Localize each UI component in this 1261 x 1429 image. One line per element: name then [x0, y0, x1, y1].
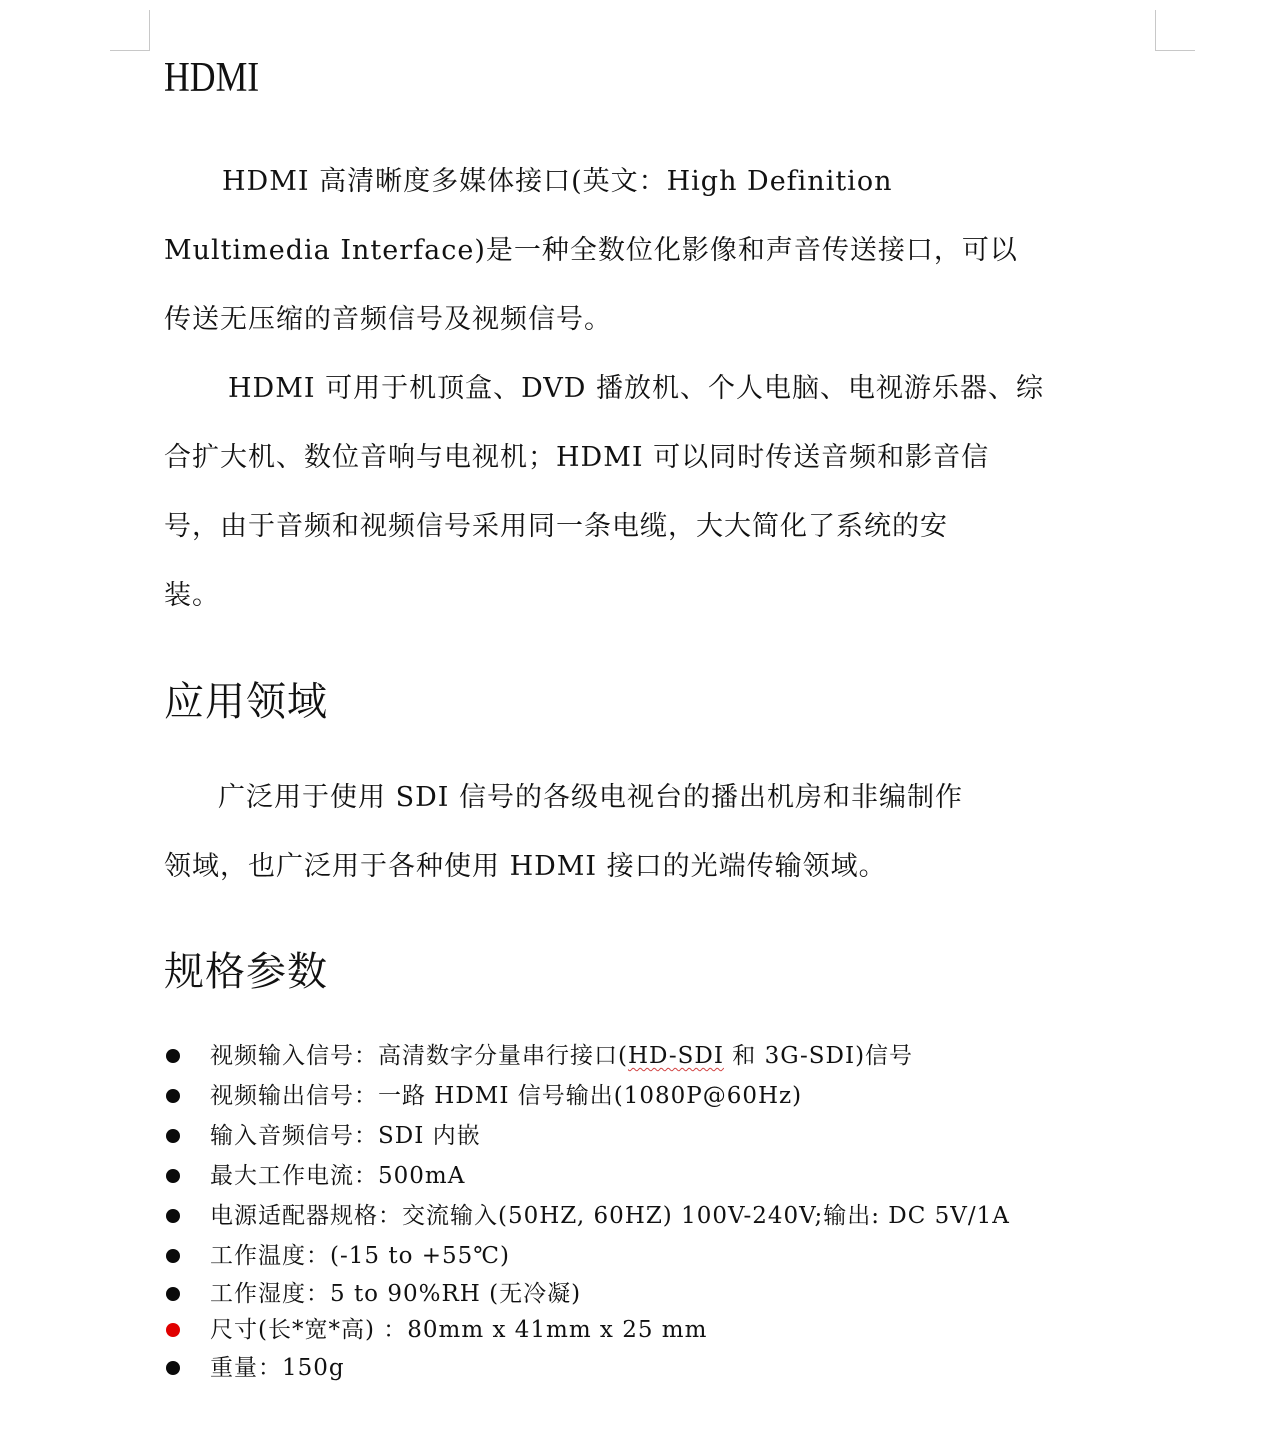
bullet-icon — [166, 1361, 180, 1375]
spec-text: 尺寸(长*宽*高) ：80mm x 41mm x 25 mm — [210, 1317, 707, 1343]
spec-text: 工作温度：(-15 to +55℃) — [210, 1243, 510, 1269]
intro-paragraph-2[interactable]: HDMI 可用于机顶盒、DVD 播放机、个人电脑、电视游乐器、综 合扩大机、数位… — [164, 354, 1079, 630]
section-heading-specs: 规格参数 — [164, 940, 328, 997]
text-line: 合扩大机、数位音响与电视机；HDMI 可以同时传送音频和影音信 — [164, 423, 1079, 492]
spec-item-temperature[interactable]: 工作温度：(-15 to +55℃) — [164, 1236, 1010, 1276]
bullet-icon — [166, 1169, 180, 1183]
text-line: 领域，也广泛用于各种使用 HDMI 接口的光端传输领域。 — [164, 832, 1079, 901]
spec-item-humidity[interactable]: 工作湿度：5 to 90%RH (无冷凝) — [164, 1276, 1010, 1312]
text-line: HDMI 高清晰度多媒体接口(英文：High Definition — [164, 147, 1079, 216]
spec-text: 重量：150g — [210, 1355, 345, 1381]
spec-item-video-input[interactable]: 视频输入信号：高清数字分量串行接口(HD-SDI 和 3G-SDI)信号 — [164, 1036, 1010, 1076]
spec-item-max-current[interactable]: 最大工作电流：500mA — [164, 1156, 1010, 1196]
spec-text: 工作湿度：5 to 90%RH (无冷凝) — [210, 1281, 581, 1307]
text-line: HDMI 可用于机顶盒、DVD 播放机、个人电脑、电视游乐器、综 — [164, 354, 1079, 423]
spec-text: 和 3G-SDI)信号 — [724, 1043, 913, 1069]
spec-item-video-output[interactable]: 视频输出信号：一路 HDMI 信号输出(1080P@60Hz) — [164, 1076, 1010, 1116]
spec-item-weight[interactable]: 重量：150g — [164, 1348, 1010, 1388]
spec-text: 最大工作电流：500mA — [210, 1163, 465, 1189]
text-line: 号，由于音频和视频信号采用同一条电缆，大大简化了系统的安 — [164, 492, 1079, 561]
bullet-icon — [166, 1249, 180, 1263]
applications-paragraph[interactable]: 广泛用于使用 SDI 信号的各级电视台的播出机房和非编制作 领域，也广泛用于各种… — [164, 763, 1079, 901]
spec-item-audio-input[interactable]: 输入音频信号：SDI 内嵌 — [164, 1116, 1010, 1156]
spec-item-power-adapter[interactable]: 电源适配器规格：交流输入(50HZ, 60HZ) 100V-240V;输出: D… — [164, 1196, 1010, 1236]
bullet-icon — [166, 1089, 180, 1103]
bullet-icon — [166, 1049, 180, 1063]
text-line: 广泛用于使用 SDI 信号的各级电视台的播出机房和非编制作 — [164, 763, 1079, 832]
bullet-icon-red — [166, 1323, 180, 1337]
bullet-icon — [166, 1209, 180, 1223]
spec-text: 视频输出信号：一路 HDMI 信号输出(1080P@60Hz) — [210, 1083, 802, 1109]
intro-paragraph-1[interactable]: HDMI 高清晰度多媒体接口(英文：High Definition Multim… — [164, 147, 1079, 354]
section-heading-applications: 应用领域 — [164, 670, 328, 727]
spellcheck-marked-text: HD-SDI — [628, 1043, 724, 1069]
spec-text: 电源适配器规格：交流输入(50HZ, 60HZ) 100V-240V;输出: D… — [210, 1203, 1010, 1229]
spec-text: 输入音频信号：SDI 内嵌 — [210, 1123, 481, 1149]
bullet-icon — [166, 1287, 180, 1301]
page-title: HDMI — [164, 54, 259, 102]
text-line: Multimedia Interface)是一种全数位化影像和声音传送接口，可以 — [164, 216, 1079, 285]
text-line: 装。 — [164, 561, 1079, 630]
specs-list: 视频输入信号：高清数字分量串行接口(HD-SDI 和 3G-SDI)信号 视频输… — [164, 1036, 1010, 1388]
bullet-icon — [166, 1129, 180, 1143]
spec-text: 视频输入信号：高清数字分量串行接口( — [210, 1043, 628, 1069]
text-line: 传送无压缩的音频信号及视频信号。 — [164, 285, 1079, 354]
spec-item-dimensions[interactable]: 尺寸(长*宽*高) ：80mm x 41mm x 25 mm — [164, 1312, 1010, 1348]
